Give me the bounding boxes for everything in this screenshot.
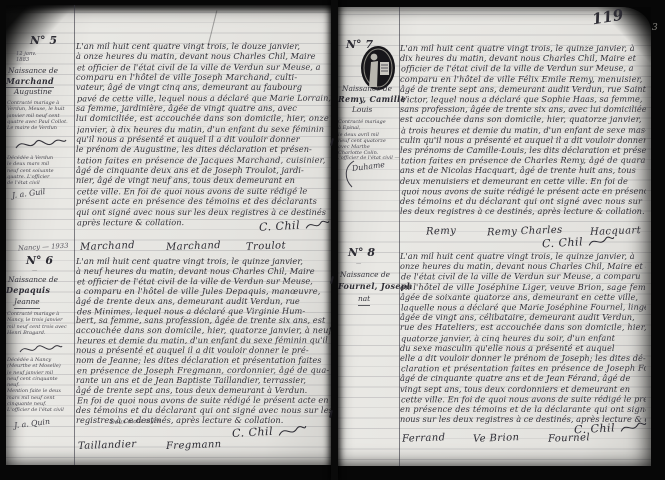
act5-margin-date: 12 janv.1883 — [16, 51, 36, 64]
mayor-signature-flourish — [14, 133, 68, 153]
text-line: les prénoms de Camille-Louis, les dits d… — [400, 145, 646, 155]
act5-official-signature: C. Chil — [259, 217, 331, 235]
act6-pencil-note: Nancy — 1933 — [18, 242, 69, 253]
text-line: lui domiciliée, est accouchée dans son d… — [76, 113, 332, 123]
text-line: ans et de Nicolas Hacquart, âgé de trent… — [400, 165, 646, 175]
act5-margin-firstname: Augustine — [14, 88, 52, 97]
text-line: âgé de cinquante quatre ans et de Jean F… — [400, 373, 646, 383]
witness-signature: Taillandier — [78, 439, 137, 453]
text-line: cette ville. En foi de quoi nous avons d… — [401, 394, 646, 405]
text-line: âgé de trente sept ans, tous deux demeur… — [76, 386, 332, 396]
text-line: âgée de vingt ans, célibataire, demeuran… — [400, 312, 646, 322]
act7-official-signature: C. Chil — [542, 233, 616, 252]
act-8-body-text: L'an mil huit cent quatre vingt trois, l… — [400, 251, 646, 426]
text-line: Verdun, Meuse, le huit — [7, 106, 68, 112]
act5-margin-title: Naissance de — [8, 67, 58, 76]
text-line: de l'état civil de la ville de Verdun su… — [401, 271, 646, 282]
text-line: culin qu'il nous a présenté et auquel il… — [400, 135, 646, 145]
text-line: des Minimes, lequel nous a déclaré que V… — [77, 306, 332, 317]
act7-marriage-mention: Contracté mariageà Épinal,le deux avril … — [338, 119, 386, 157]
act5-death-mention: Décédée à Verdunle deux mars milneuf cen… — [7, 155, 54, 186]
act8-margin-title: Naissance de — [340, 271, 390, 280]
text-line: L'officier de l'état civil — [7, 407, 64, 413]
mention-paren-flourish — [342, 159, 356, 189]
text-line: nier, âgé de vingt neuf ans, tous deux d… — [76, 175, 332, 185]
margin-rule-left-page — [74, 5, 75, 465]
signature-paraph-icon — [277, 422, 308, 440]
text-line: nom de Jeanne; les dites déclaration et … — [76, 356, 332, 366]
text-line: laquelle nous a déclaré que Marie Joséph… — [401, 302, 646, 313]
text-line: comparu en l'hôtel de ville Joseph March… — [76, 72, 332, 82]
text-line: claration et présentation faites en prés… — [401, 363, 646, 374]
folio-number: 119 — [591, 7, 624, 28]
text-line: elle a dit vouloir donner le prénom de J… — [400, 353, 646, 363]
signature-paraph-icon — [587, 233, 616, 249]
text-line: comparu en l'hôtel de ville Félix Emile … — [400, 74, 646, 84]
act8-margin-dash: — — [356, 261, 361, 267]
text-line: deux menuisiers et demeurant en cette vi… — [400, 176, 646, 186]
text-line: âgé de cinquante deux ans et de Joseph T… — [76, 165, 332, 175]
text-line: cette ville. En foi de quoi nous avons d… — [77, 185, 332, 196]
act5-witness-signatures: Marchand Marchand Troulot — [80, 234, 286, 253]
witness-signature: Remy — [426, 225, 457, 238]
act-6-body-text: L'an mil huit cent quatre vingt trois, l… — [76, 257, 332, 427]
text-line: Victor, lequel nous a déclaré que Sophie… — [401, 94, 646, 105]
text-line: L'an mil huit cent quatre vingt trois, l… — [76, 257, 332, 267]
signature-paraph-icon — [619, 419, 648, 435]
corner-mark: 3 — [652, 24, 658, 33]
text-line: le prénom de Augustine, les dites déclar… — [76, 144, 332, 154]
text-line: mil neuf cent trois avec — [7, 324, 67, 330]
text-line: L'an mil huit cent quatre vingt trois, l… — [400, 251, 646, 261]
scan-shadow-top — [6, 5, 334, 14]
mayor-signature-flourish — [18, 338, 64, 357]
text-line: à onze heures du matin, devant nous Char… — [76, 51, 332, 61]
text-line: âgé de trente deux ans, demeurant audit … — [76, 297, 332, 307]
text-line: L'an mil huit cent quatre vingt trois, l… — [76, 41, 332, 51]
text-line: est accouchée dans son domicile, hier, q… — [400, 114, 646, 124]
text-line: neuf cent soixante — [7, 168, 54, 174]
text-line: les deux registres à ce destinés, après … — [400, 206, 646, 216]
act5-death-mention-signature: J. a. Guil — [12, 187, 46, 200]
text-line: âgée de soixante quatorze ans, demeurant… — [400, 292, 646, 302]
witness-signature: Ve Brion — [472, 432, 519, 446]
act-number-6: N° 6 — [26, 255, 53, 267]
text-line: Henri Bragard. — [7, 330, 67, 336]
register-right-page: 119 N° 7 Naissance de Remy, Camille Loui… — [336, 7, 651, 466]
act6-marriage-mention: Contracté mariage àNancy, le trois janvi… — [7, 311, 67, 336]
register-scan: { "palette":{"ink":"#302f37","paper":"#e… — [0, 0, 665, 480]
text-line: à neuf heures du matin, devant nous Char… — [76, 267, 332, 277]
witness-signature: Fregmann — [165, 439, 221, 453]
act-7-body-text: L'an mil huit cent quatre vingt trois, l… — [400, 43, 646, 223]
text-line: accouchée dans son domicile, hier, quato… — [76, 326, 332, 336]
text-line: janvier mil neuf cent — [7, 113, 68, 119]
text-line: a comparu en l'hôtel de ville Jules Depa… — [76, 287, 332, 297]
text-line: qu'il nous a présenté et auquel il a dit… — [76, 134, 332, 144]
text-line: sa femme, jardinière, âgée de vingt quat… — [76, 103, 332, 113]
act7-official-name: C. Chil — [542, 235, 584, 250]
text-line: (Meurthe et Moselle) — [7, 363, 64, 369]
act6-margin-title: Naissance de — [8, 276, 58, 285]
text-line: sans profession, âgée de trente six ans,… — [400, 104, 646, 114]
text-line: pavé de cette ville, lequel nous a décla… — [77, 92, 332, 103]
text-line: 1883 — [16, 57, 36, 63]
text-line: en présence des témoins et de la déclara… — [400, 404, 646, 414]
act6-official-signature: C. Chil — [232, 422, 308, 442]
act5-official-name: C. Chil — [259, 219, 301, 234]
act6-official-name: C. Chil — [232, 425, 274, 440]
text-line: Nancy, le trois janvier — [7, 317, 67, 323]
text-line: présent acte en présence des témoins et … — [76, 196, 332, 206]
act-5-body-text: L'an mil huit cent quatre vingt trois, l… — [76, 41, 332, 230]
witness-signature: Marchand — [166, 240, 221, 254]
text-line: à trois heures et demie du matin, d'un e… — [401, 124, 646, 135]
text-line: qui ont signé avec nous sur les deux reg… — [76, 207, 332, 217]
text-line: janvier, à dix heures du matin, d'un enf… — [77, 123, 332, 134]
act7-margin-name: Remy, Camille — [338, 95, 406, 104]
text-line: des témoins et du déclarant qui ont sign… — [76, 406, 332, 416]
register-left-page: N° 5 12 janv.1883 Naissance de Marchand … — [6, 5, 334, 465]
witness-signature: Marchand — [80, 240, 135, 254]
text-line: vateur, âgé de vingt cinq ans, demeurant… — [76, 82, 332, 92]
text-line: heures et demie du matin, d'un enfant du… — [77, 336, 332, 347]
text-line: et officier de l'état civil de la ville … — [77, 61, 332, 72]
text-line: officier de l'état civil de la ville de … — [401, 63, 646, 74]
act8-official-name: C. Chil — [574, 421, 616, 436]
text-line: tation faites en présence de Jacques Mar… — [77, 154, 332, 165]
text-line: en présence de Joseph Fregmann, cordonni… — [77, 366, 332, 377]
act6-death-mention: Décédée à Nancy(Meurthe et Moselle)le ne… — [7, 357, 64, 414]
text-line: L'an mil huit cent quatre vingt trois, l… — [400, 43, 646, 53]
act6-margin-firstname: Jeanne — [14, 298, 40, 309]
act6-death-mention-signature: J. a. Quin — [14, 417, 51, 430]
text-line: du sexe masculin qu'elle nous a présenté… — [400, 343, 646, 353]
act7-margin-name2: Louis — [352, 106, 372, 115]
act8-witness-signatures: Ferrand Ve Brion Fournel — [402, 426, 590, 445]
text-line: Mention faite le deux — [7, 388, 64, 394]
act6-witness-signatures: Taillandier Fregmann — [78, 433, 221, 452]
binding-gutter — [331, 0, 338, 480]
text-line: le deux mars mil — [7, 161, 54, 167]
text-line: âgé de trente sept ans, demeurant audit … — [400, 84, 646, 94]
text-line: en l'hôtel de ville Joséphine Liger, veu… — [400, 282, 646, 292]
text-line: tation faites en présence de Charles Rem… — [401, 155, 646, 166]
text-line: quatorze janvier, à cinq heures du soir,… — [401, 332, 646, 343]
act8-official-signature: C. Chil — [574, 419, 648, 438]
text-line: le deux avril mil — [338, 132, 386, 138]
text-line: nous a présenté et auquel il a dit voulo… — [76, 346, 332, 356]
signature-paraph-icon — [304, 217, 331, 232]
text-line: et officier de l'état civil de la ville … — [77, 276, 332, 287]
text-line: bert, sa femme, sans profession, âgée de… — [76, 316, 332, 326]
text-line: rante un ans et de Jean Baptiste Taillan… — [76, 376, 332, 386]
witness-signature: Troulot — [246, 240, 286, 253]
act-number-5: N° 5 — [30, 35, 57, 47]
text-line: rue des Hateliers, est accouchée dans so… — [400, 322, 646, 332]
act6-margin-dash: — — [32, 268, 37, 274]
act-number-8: N° 8 — [348, 247, 375, 259]
act6-margin-surname: Depaquis — [6, 286, 50, 295]
act8-margin-tag: nat — [358, 295, 370, 306]
text-line: quoi nous avons de suite rédigé le prése… — [401, 186, 646, 197]
act7-margin-title: Naissance de — [342, 85, 392, 94]
act5-marriage-mention: Contracté mariage àVerdun, Meuse, le hui… — [7, 100, 68, 131]
witness-signature: Ferrand — [402, 432, 446, 446]
act7-mention-signature: Duhame — [352, 160, 386, 173]
text-line: de l'état civil — [7, 180, 54, 186]
text-line: En foi de quoi nous avons de suite rédig… — [77, 395, 332, 406]
text-line: Le maire de Verdun — [7, 125, 68, 131]
text-line: des témoins et du déclarant qui ont sign… — [400, 196, 646, 206]
text-line: vingt sept ans, tous deux cordonniers et… — [400, 384, 646, 394]
